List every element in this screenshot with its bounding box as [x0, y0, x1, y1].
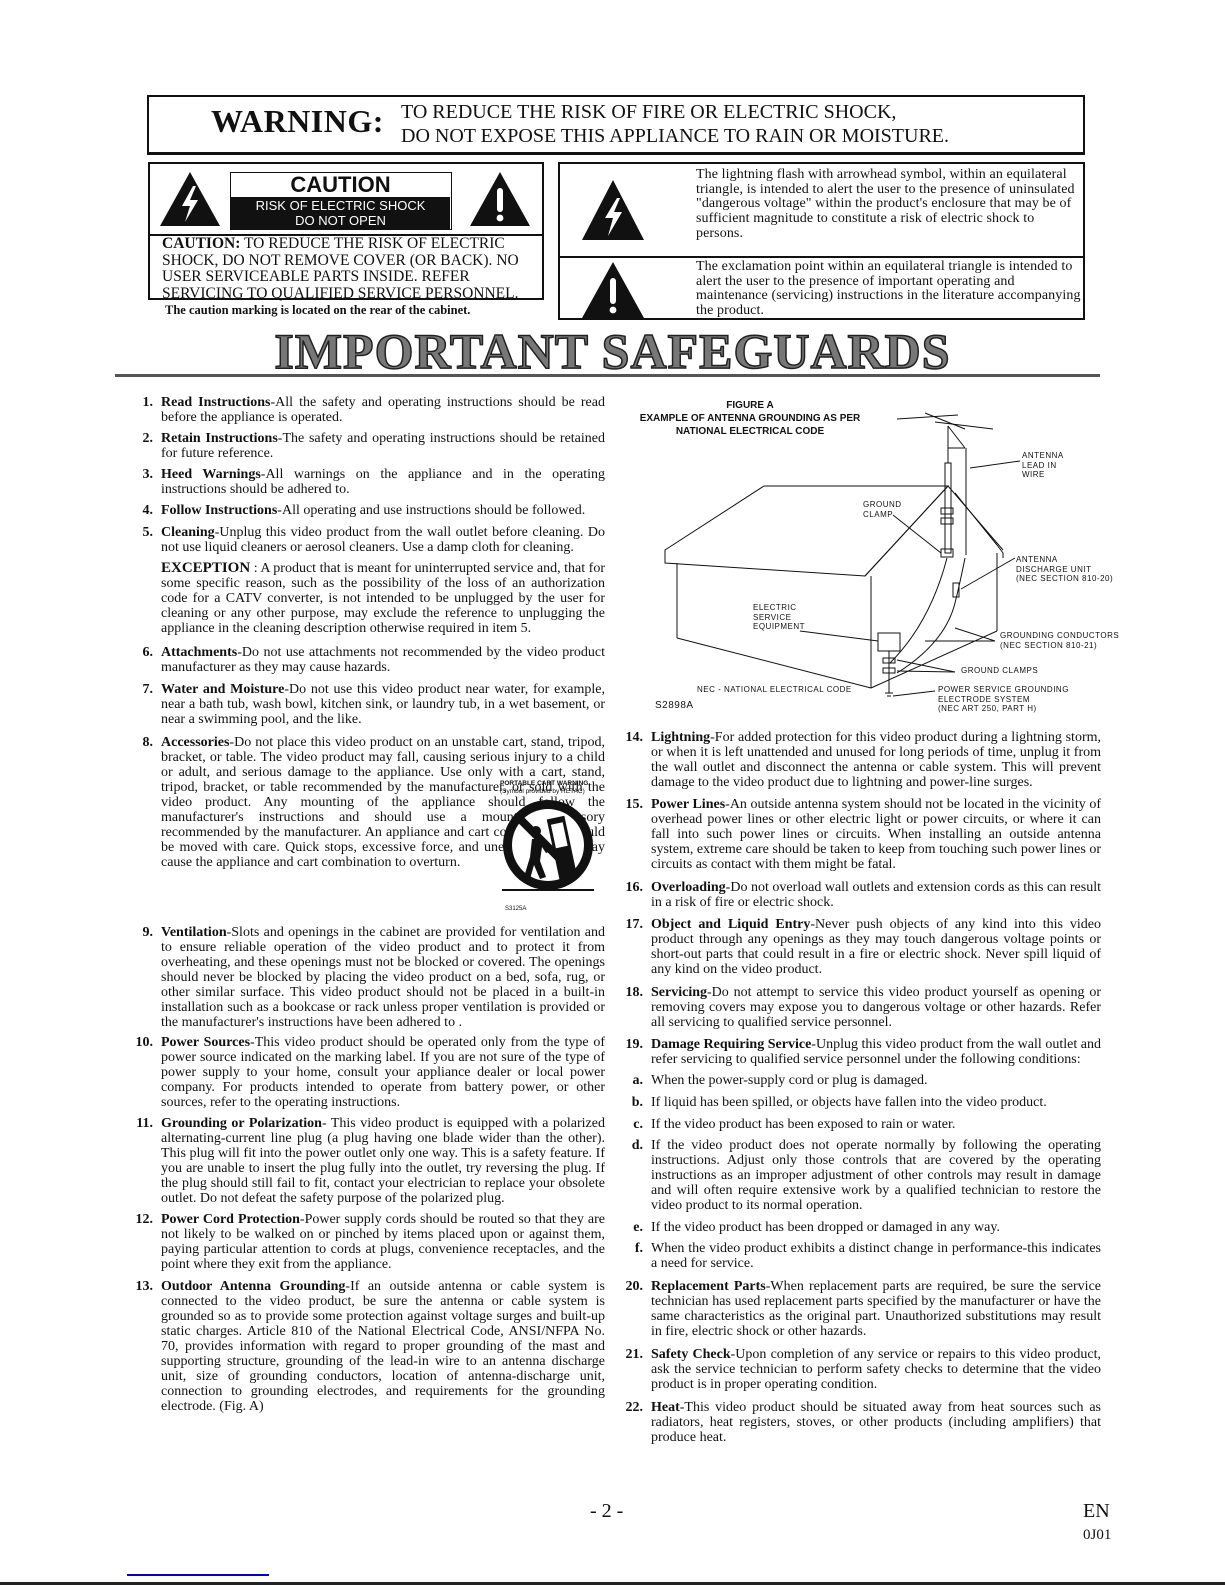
item-text: If the video product does not operate no… [651, 1138, 1101, 1213]
lightning-symbol-explanation: The lightning flash with arrowhead symbo… [696, 168, 1083, 242]
item-letter: c. [625, 1117, 643, 1132]
figure-a-antenna-grounding: FIGURE A EXAMPLE OF ANTENNA GROUNDING AS… [625, 393, 1105, 713]
item-number: 10. [131, 1035, 153, 1050]
item-title: Damage Requiring Service [651, 1037, 811, 1052]
item-title: Ventilation [161, 925, 227, 940]
item-number: 12. [131, 1212, 153, 1227]
item-number: 5. [135, 525, 153, 540]
item-title: Heat [651, 1400, 680, 1415]
item-number: 19. [621, 1037, 643, 1052]
item-number: 3. [135, 467, 153, 482]
item-number: 20. [621, 1279, 643, 1294]
caution-plate: CAUTION RISK OF ELECTRIC SHOCK DO NOT OP… [230, 172, 452, 230]
item-title: Water and Moisture [161, 682, 284, 697]
item-number: 1. [135, 395, 153, 410]
item-title: Attachments [161, 645, 237, 660]
house-antenna-diagram [625, 393, 1105, 713]
cart-symbol-code: S3125A [505, 906, 526, 912]
item-title: Servicing [651, 985, 707, 1000]
lightning-triangle-icon [580, 178, 646, 242]
caution-label-area: CAUTION RISK OF ELECTRIC SHOCK DO NOT OP… [150, 164, 542, 236]
item-title: Power Lines [651, 797, 725, 812]
portable-cart-warning-icon [498, 795, 598, 905]
item-text: -Slots and openings in the cabinet are p… [161, 925, 605, 1030]
item-number: 7. [135, 682, 153, 697]
item-letter: f. [625, 1241, 643, 1256]
label-electric-service-equipment: ELECTRIC SERVICE EQUIPMENT [753, 603, 805, 632]
item-text: When the power-supply cord or plug is da… [651, 1073, 928, 1088]
lightning-triangle-icon [158, 170, 222, 228]
page-number: - 2 - [590, 1500, 623, 1523]
item-number: 11. [131, 1116, 153, 1131]
title-rule [115, 374, 1100, 377]
label-grounding-conductors: GROUNDING CONDUCTORS (NEC SECTION 810-21… [1000, 631, 1119, 650]
symbol-explanation-box: The lightning flash with arrowhead symbo… [558, 162, 1085, 320]
item-number: 16. [621, 880, 643, 895]
item-number: 18. [621, 985, 643, 1000]
item-number: 9. [135, 925, 153, 940]
document-code: 0J01 [1083, 1527, 1111, 1544]
item-number: 13. [131, 1279, 153, 1294]
item-number: 8. [135, 735, 153, 750]
item-title: Replacement Parts [651, 1279, 766, 1294]
item-title: Power Sources [161, 1035, 250, 1050]
caution-plate-line-1: RISK OF ELECTRIC SHOCK [231, 198, 450, 213]
label-nec: NEC - NATIONAL ELECTRICAL CODE [697, 685, 852, 695]
caution-plate-text: RISK OF ELECTRIC SHOCK DO NOT OPEN [231, 197, 450, 229]
divider [560, 256, 1083, 258]
item-text: -If an outside antenna or cable system i… [161, 1279, 605, 1414]
item-text: -Do not attempt to service this video pr… [651, 985, 1101, 1030]
item-title: Follow Instructions [161, 503, 277, 518]
exclamation-symbol-explanation: The exclamation point within an equilate… [696, 260, 1083, 319]
item-letter: b. [625, 1095, 643, 1110]
item-number: 14. [621, 730, 643, 745]
item-title: Object and Liquid Entry [651, 917, 810, 932]
label-power-service-grounding: POWER SERVICE GROUNDING ELECTRODE SYSTEM… [938, 685, 1069, 714]
item-number: 15. [621, 797, 643, 812]
caution-box: CAUTION RISK OF ELECTRIC SHOCK DO NOT OP… [148, 162, 544, 300]
item-number: 6. [135, 645, 153, 660]
caution-plate-line-2: DO NOT OPEN [231, 213, 450, 228]
item-title: Grounding or Polarization [161, 1116, 322, 1131]
blue-underline [127, 1574, 269, 1576]
warning-line-1: TO REDUCE THE RISK OF FIRE OR ELECTRIC S… [401, 101, 896, 124]
caution-note: The caution marking is located on the re… [165, 303, 470, 318]
item-title: Accessories [161, 735, 229, 750]
item-letter: e. [625, 1220, 643, 1235]
item-title: Overloading [651, 880, 726, 895]
label-ground-clamp: GROUND CLAMP [863, 500, 902, 519]
item-text: -This video product should be situated a… [651, 1400, 1101, 1445]
caution-text: CAUTION: TO REDUCE THE RISK OF ELECTRIC … [162, 236, 542, 302]
item-title: Heed Warnings [161, 467, 261, 482]
item-text: -For added protection for this video pro… [651, 730, 1101, 790]
cart-caption-line-1: PORTABLE CART WARNING [500, 780, 588, 788]
item-letter: a. [625, 1073, 643, 1088]
exclamation-triangle-icon [468, 170, 532, 228]
item-title: Power Cord Protection [161, 1212, 300, 1227]
item-title: Cleaning [161, 525, 215, 540]
item-title: Lightning [651, 730, 710, 745]
label-antenna-discharge-unit: ANTENNA DISCHARGE UNIT (NEC SECTION 810-… [1016, 555, 1113, 584]
item-title: EXCEPTION [161, 560, 250, 576]
item-text: When the video product exhibits a distin… [651, 1241, 1101, 1271]
exclamation-triangle-icon [580, 260, 646, 320]
item-text: -Unplug this video product from the wall… [161, 525, 605, 555]
warning-line-2: DO NOT EXPOSE THIS APPLIANCE TO RAIN OR … [401, 125, 949, 148]
warning-label: WARNING: [211, 103, 384, 140]
figure-code: S2898A [655, 701, 694, 711]
item-title: Retain Instructions [161, 431, 278, 446]
item-title: Safety Check [651, 1347, 731, 1362]
item-text: If the video product has been exposed to… [651, 1117, 955, 1132]
label-antenna-lead-in-wire: ANTENNA LEAD IN WIRE [1022, 451, 1064, 480]
language-code: EN [1083, 1500, 1110, 1523]
label-ground-clamps: GROUND CLAMPS [961, 666, 1038, 676]
item-number: 2. [135, 431, 153, 446]
item-number: 22. [621, 1400, 643, 1415]
item-title: Read Instructions [161, 395, 271, 410]
page-title: IMPORTANT SAFEGUARDS [0, 322, 1225, 380]
item-text: If the video product has been dropped or… [651, 1220, 1000, 1235]
warning-banner: WARNING: TO REDUCE THE RISK OF FIRE OR E… [147, 95, 1085, 155]
item-title: Outdoor Antenna Grounding [161, 1279, 345, 1294]
item-number: 21. [621, 1347, 643, 1362]
caution-title: CAUTION [231, 173, 450, 197]
item-text: If liquid has been spilled, or objects h… [651, 1095, 1047, 1110]
item-text: -All operating and use instructions shou… [277, 503, 585, 518]
item-number: 17. [621, 917, 643, 932]
item-letter: d. [625, 1138, 643, 1153]
item-number: 4. [135, 503, 153, 518]
cart-warning-caption: PORTABLE CART WARNING (Symbol provided b… [500, 780, 588, 796]
caution-text-lead: CAUTION: [162, 235, 240, 252]
